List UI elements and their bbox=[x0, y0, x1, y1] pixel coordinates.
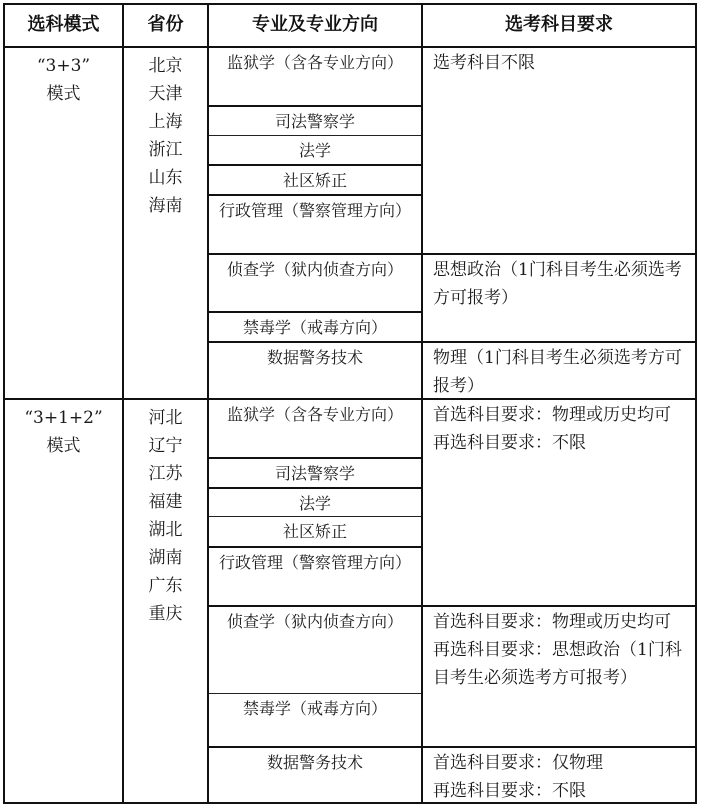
major-cell: 数据警务技术 bbox=[209, 748, 421, 802]
requirement-line: 首选科目要求：物理或历史均可 bbox=[433, 401, 687, 429]
province: 浙江 bbox=[124, 136, 207, 164]
mode-label-suffix: 模式 bbox=[5, 80, 122, 108]
province: 江苏 bbox=[124, 460, 207, 488]
province: 广东 bbox=[124, 572, 207, 600]
subject-requirements-table: 选科模式 省份 专业及专业方向 选考科目要求 “3+3” 模式 北京 天津 上海… bbox=[3, 3, 697, 804]
requirement-line: 选考科目不限 bbox=[433, 49, 687, 77]
major-cell: 司法警察学 bbox=[209, 459, 421, 487]
major-cell: 社区矫正 bbox=[209, 517, 421, 546]
major-cell: 法学 bbox=[209, 489, 421, 516]
requirement-line: 思想政治（1门科目考生必须选考方可报考） bbox=[433, 256, 687, 312]
province: 河北 bbox=[124, 404, 207, 432]
province: 湖北 bbox=[124, 516, 207, 544]
province: 北京 bbox=[124, 52, 207, 80]
major-cell: 监狱学（含各专业方向） bbox=[209, 48, 421, 105]
requirement-cell: 物理（1门科目考生必须选考方可报考） bbox=[423, 343, 695, 400]
province-list-3-1-2: 河北 辽宁 江苏 福建 湖北 湖南 广东 重庆 bbox=[124, 400, 207, 628]
requirement-line: 再选科目要求：思想政治（1门科目考生必须选考方可报考） bbox=[433, 636, 687, 692]
requirement-line: 首选科目要求：仅物理 bbox=[433, 749, 687, 777]
requirement-line: 再选科目要求：不限 bbox=[433, 429, 687, 457]
mode-label: “3+3” bbox=[5, 52, 122, 80]
major-cell: 数据警务技术 bbox=[209, 343, 421, 398]
province: 天津 bbox=[124, 80, 207, 108]
major-cell: 行政管理（警察管理方向） bbox=[209, 196, 421, 253]
major-cell: 侦查学（狱内侦查方向） bbox=[209, 607, 421, 693]
major-cell: 禁毒学（戒毒方向） bbox=[209, 694, 421, 746]
requirement-cell: 首选科目要求：仅物理 再选科目要求：不限 bbox=[423, 748, 695, 805]
province: 辽宁 bbox=[124, 432, 207, 460]
province: 湖南 bbox=[124, 544, 207, 572]
requirement-line: 再选科目要求：不限 bbox=[433, 777, 687, 805]
mode-label-suffix: 模式 bbox=[5, 432, 122, 460]
major-cell: 社区矫正 bbox=[209, 166, 421, 194]
requirement-cell: 首选科目要求：物理或历史均可 再选科目要求：不限 bbox=[423, 400, 695, 457]
province: 上海 bbox=[124, 108, 207, 136]
requirement-cell: 思想政治（1门科目考生必须选考方可报考） bbox=[423, 255, 695, 312]
major-cell: 禁毒学（戒毒方向） bbox=[209, 313, 421, 341]
requirement-line: 物理（1门科目考生必须选考方可报考） bbox=[433, 344, 687, 400]
mode-cell-3-1-2: “3+1+2” 模式 bbox=[5, 400, 122, 460]
province-list-3-3: 北京 天津 上海 浙江 山东 海南 bbox=[124, 48, 207, 220]
header-mode: 选科模式 bbox=[5, 5, 122, 46]
province: 福建 bbox=[124, 488, 207, 516]
major-cell: 监狱学（含各专业方向） bbox=[209, 400, 421, 457]
header-requirement: 选考科目要求 bbox=[423, 5, 695, 46]
header-province: 省份 bbox=[124, 5, 207, 46]
major-cell: 司法警察学 bbox=[209, 107, 421, 135]
major-cell: 行政管理（警察管理方向） bbox=[209, 548, 421, 605]
requirement-line: 首选科目要求：物理或历史均可 bbox=[433, 608, 687, 636]
mode-label: “3+1+2” bbox=[5, 404, 122, 432]
major-cell: 侦查学（狱内侦查方向） bbox=[209, 255, 421, 311]
province: 山东 bbox=[124, 164, 207, 192]
province: 重庆 bbox=[124, 600, 207, 628]
province: 海南 bbox=[124, 192, 207, 220]
requirement-cell: 首选科目要求：物理或历史均可 再选科目要求：思想政治（1门科目考生必须选考方可报… bbox=[423, 607, 695, 692]
requirement-cell: 选考科目不限 bbox=[423, 48, 695, 77]
header-major: 专业及专业方向 bbox=[209, 5, 421, 46]
mode-cell-3-3: “3+3” 模式 bbox=[5, 48, 122, 108]
major-cell: 法学 bbox=[209, 136, 421, 164]
